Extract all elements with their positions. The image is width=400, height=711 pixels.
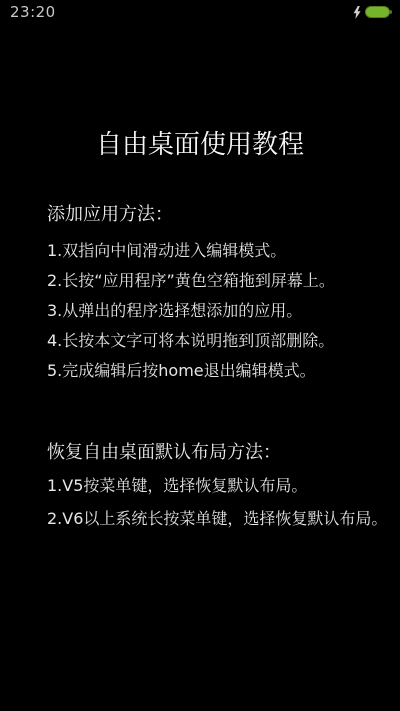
battery-icon (365, 6, 390, 18)
tutorial-step: 2.长按“应用程序”黄色空箱拖到屏幕上。 (47, 271, 335, 290)
section-heading-add-apps: 添加应用方法： (47, 204, 173, 226)
tutorial-step: 5.完成编辑后按home退出编辑模式。 (47, 361, 316, 380)
tutorial-step: 2.V6以上系统长按菜单键，选择恢复默认布局。 (47, 509, 387, 528)
charging-bolt-icon (353, 6, 361, 19)
tutorial-step: 4.长按本文字可将本说明拖到顶部删除。 (47, 331, 334, 350)
status-bar-right (353, 6, 390, 19)
tutorial-step: 1.V5按菜单键，选择恢复默认布局。 (47, 476, 307, 495)
tutorial-step: 1.双指向中间滑动进入编辑模式。 (47, 241, 286, 260)
status-bar: 23:20 (0, 0, 400, 24)
clock-time: 23:20 (10, 3, 56, 21)
page-title: 自由桌面使用教程 (0, 131, 400, 161)
section-heading-restore-layout: 恢复自由桌面默认布局方法： (47, 442, 281, 464)
phone-screen: 23:20 自由桌面使用教程 添加应用方法： 1.双指向中间滑动进入编辑模式。 … (0, 0, 400, 711)
tutorial-step: 3.从弹出的程序选择想添加的应用。 (47, 301, 302, 320)
